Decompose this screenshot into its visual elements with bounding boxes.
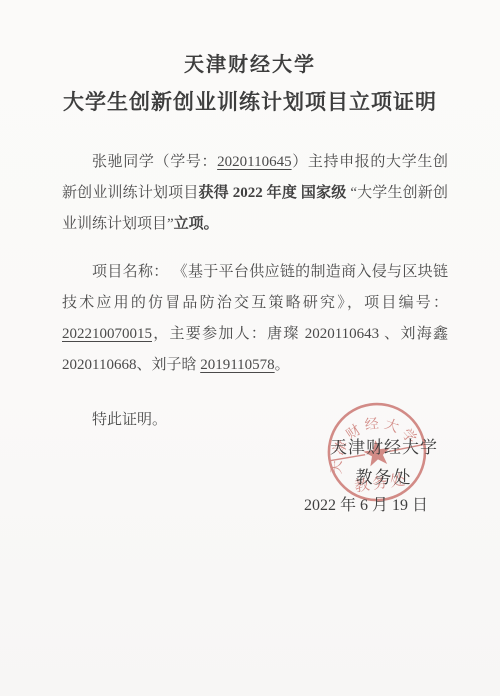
para1-approved-bold: 立项。 (174, 216, 219, 232)
signature-block: 天津财经大学 教务处 (299, 438, 469, 488)
certificate-title: 大学生创新创业训练计划项目立项证明 (0, 90, 500, 116)
project-number: 202210070015 (62, 326, 152, 342)
para2-prefix: 项目名称： 《基于平台供应链的制造商入侵与区块链技术应用的仿冒品防治交互策略研究… (62, 264, 448, 311)
student-id: 2020110645 (217, 154, 291, 170)
signature-date: 2022 年 6 月 19 日 (290, 496, 442, 516)
university-name: 天津财经大学 (0, 52, 500, 78)
para1-prefix: 张驰同学（学号： (92, 154, 217, 170)
signature-university: 天津财经大学 (299, 438, 469, 458)
signature-department: 教务处 (299, 468, 469, 488)
certificate-page: 天津财经大学 大学生创新创业训练计划项目立项证明 张驰同学（学号：2020110… (0, 0, 500, 696)
member-id: 2019110578 (200, 357, 274, 373)
para1-award-bold: 获得 2022 年度 国家级 (199, 185, 347, 201)
title-block: 天津财经大学 大学生创新创业训练计划项目立项证明 (0, 52, 500, 116)
paragraph-approval: 张驰同学（学号：2020110645）主持申报的大学生创新创业训练计划项目获得 … (62, 147, 448, 240)
paragraph-project-info: 项目名称： 《基于平台供应链的制造商入侵与区块链技术应用的仿冒品防治交互策略研究… (62, 257, 448, 381)
para2-suffix: 。 (275, 357, 290, 373)
